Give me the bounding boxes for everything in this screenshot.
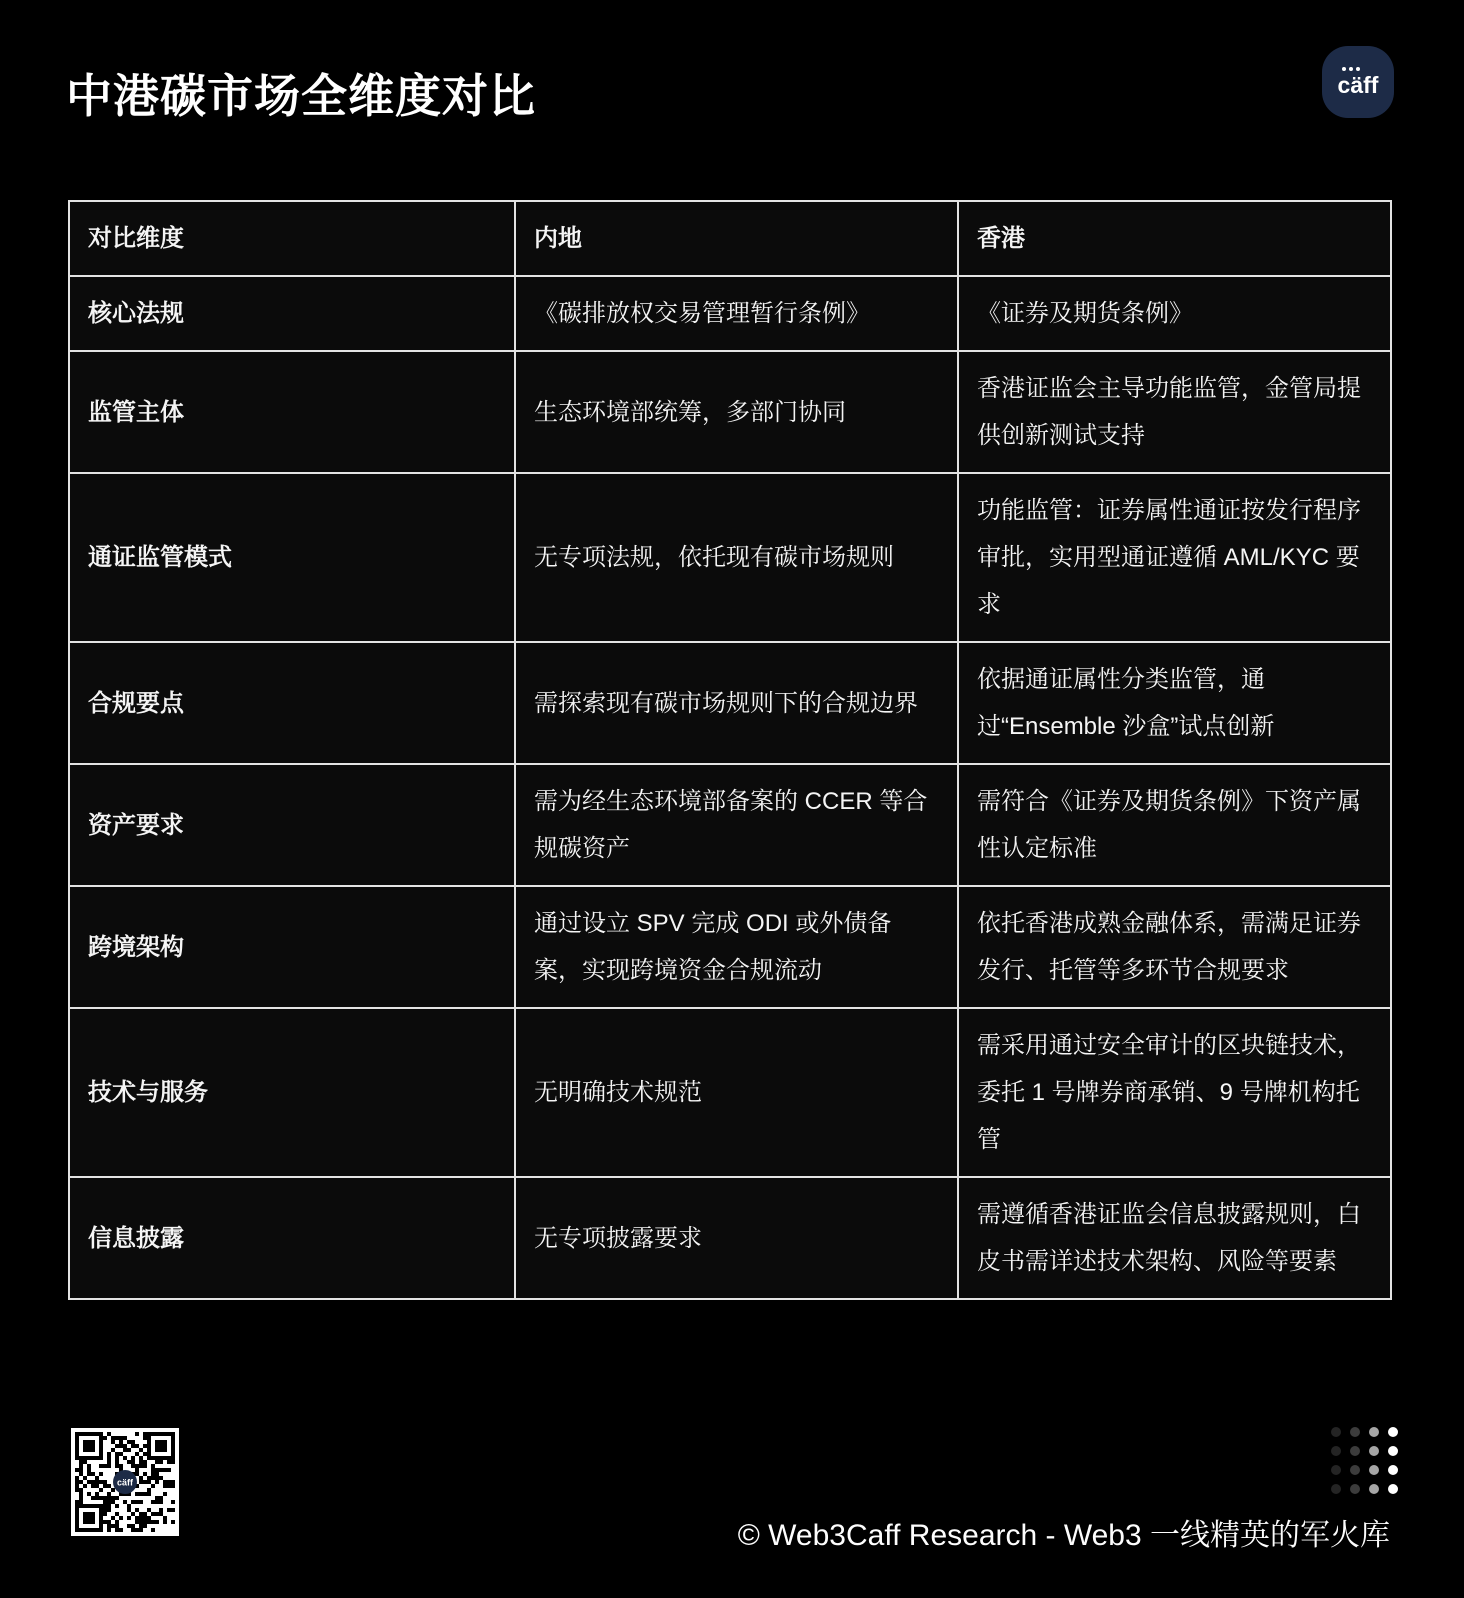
- table-row: 跨境架构通过设立 SPV 完成 ODI 或外债备案，实现跨境资金合规流动依托香港…: [69, 886, 1391, 1008]
- table-row: 核心法规《碳排放权交易管理暂行条例》《证券及期货条例》: [69, 276, 1391, 351]
- dot: [1350, 1446, 1360, 1456]
- table-row: 通证监管模式无专项法规，依托现有碳市场规则功能监管：证券属性通证按发行程序审批，…: [69, 473, 1391, 642]
- dots-grid-decoration: [1331, 1427, 1398, 1494]
- row-dimension-label: 资产要求: [69, 764, 515, 886]
- row-dimension-label: 技术与服务: [69, 1008, 515, 1177]
- table-row: 监管主体生态环境部统筹，多部门协同香港证监会主导功能监管，金管局提供创新测试支持: [69, 351, 1391, 473]
- row-dimension-label: 核心法规: [69, 276, 515, 351]
- cell-mainland: 《碳排放权交易管理暂行条例》: [515, 276, 958, 351]
- row-dimension-label: 跨境架构: [69, 886, 515, 1008]
- cell-hongkong: 依据通证属性分类监管，通过“Ensemble 沙盒”试点创新: [958, 642, 1391, 764]
- dot: [1350, 1427, 1360, 1437]
- dot: [1388, 1427, 1398, 1437]
- dot: [1369, 1446, 1379, 1456]
- cell-hongkong: 需采用通过安全审计的区块链技术，委托 1 号牌券商承销、9 号牌机构托管: [958, 1008, 1391, 1177]
- row-dimension-label: 合规要点: [69, 642, 515, 764]
- table-row: 资产要求需为经生态环境部备案的 CCER 等合规碳资产需符合《证券及期货条例》下…: [69, 764, 1391, 886]
- dot: [1331, 1446, 1341, 1456]
- row-dimension-label: 通证监管模式: [69, 473, 515, 642]
- cell-hongkong: 需遵循香港证监会信息披露规则，白皮书需详述技术架构、风险等要素: [958, 1177, 1391, 1299]
- cell-hongkong: 需符合《证券及期货条例》下资产属性认定标准: [958, 764, 1391, 886]
- cell-hongkong: 香港证监会主导功能监管，金管局提供创新测试支持: [958, 351, 1391, 473]
- cell-mainland: 无专项法规，依托现有碳市场规则: [515, 473, 958, 642]
- dot: [1331, 1427, 1341, 1437]
- cell-hongkong: 《证券及期货条例》: [958, 276, 1391, 351]
- page-header: 中港碳市场全维度对比 cäff: [0, 0, 1464, 126]
- cell-mainland: 无专项披露要求: [515, 1177, 958, 1299]
- dot: [1369, 1427, 1379, 1437]
- cell-hongkong: 依托香港成熟金融体系，需满足证券发行、托管等多环节合规要求: [958, 886, 1391, 1008]
- dot: [1350, 1465, 1360, 1475]
- dot: [1388, 1465, 1398, 1475]
- table-body: 核心法规《碳排放权交易管理暂行条例》《证券及期货条例》监管主体生态环境部统筹，多…: [69, 276, 1391, 1299]
- logo-umlaut-dots-icon: [1342, 67, 1360, 71]
- cell-hongkong: 功能监管：证券属性通证按发行程序审批，实用型通证遵循 AML/KYC 要求: [958, 473, 1391, 642]
- cell-mainland: 生态环境部统筹，多部门协同: [515, 351, 958, 473]
- column-header-dimension: 对比维度: [69, 201, 515, 276]
- cell-mainland: 需探索现有碳市场规则下的合规边界: [515, 642, 958, 764]
- dot: [1350, 1484, 1360, 1494]
- table-header-row: 对比维度 内地 香港: [69, 201, 1391, 276]
- page-title: 中港碳市场全维度对比: [66, 60, 536, 126]
- svg-text:cäff: cäff: [117, 1478, 134, 1488]
- caff-logo: cäff: [1322, 46, 1394, 118]
- dot: [1369, 1465, 1379, 1475]
- table-header: 对比维度 内地 香港: [69, 201, 1391, 276]
- dot: [1369, 1484, 1379, 1494]
- row-dimension-label: 信息披露: [69, 1177, 515, 1299]
- cell-mainland: 无明确技术规范: [515, 1008, 958, 1177]
- cell-mainland: 通过设立 SPV 完成 ODI 或外债备案，实现跨境资金合规流动: [515, 886, 958, 1008]
- dot: [1331, 1484, 1341, 1494]
- column-header-hongkong: 香港: [958, 201, 1391, 276]
- dot: [1388, 1484, 1398, 1494]
- comparison-table: 对比维度 内地 香港 核心法规《碳排放权交易管理暂行条例》《证券及期货条例》监管…: [68, 200, 1392, 1300]
- dot: [1388, 1446, 1398, 1456]
- column-header-mainland: 内地: [515, 201, 958, 276]
- row-dimension-label: 监管主体: [69, 351, 515, 473]
- table-row: 信息披露无专项披露要求需遵循香港证监会信息披露规则，白皮书需详述技术架构、风险等…: [69, 1177, 1391, 1299]
- table-row: 合规要点需探索现有碳市场规则下的合规边界依据通证属性分类监管，通过“Ensemb…: [69, 642, 1391, 764]
- dot: [1331, 1465, 1341, 1475]
- table-row: 技术与服务无明确技术规范需采用通过安全审计的区块链技术，委托 1 号牌券商承销、…: [69, 1008, 1391, 1177]
- cell-mainland: 需为经生态环境部备案的 CCER 等合规碳资产: [515, 764, 958, 886]
- logo-text: cäff: [1338, 74, 1379, 97]
- copyright-text: © Web3Caff Research - Web3 一线精英的军火库: [738, 1510, 1390, 1554]
- qr-code: cäff: [71, 1428, 179, 1536]
